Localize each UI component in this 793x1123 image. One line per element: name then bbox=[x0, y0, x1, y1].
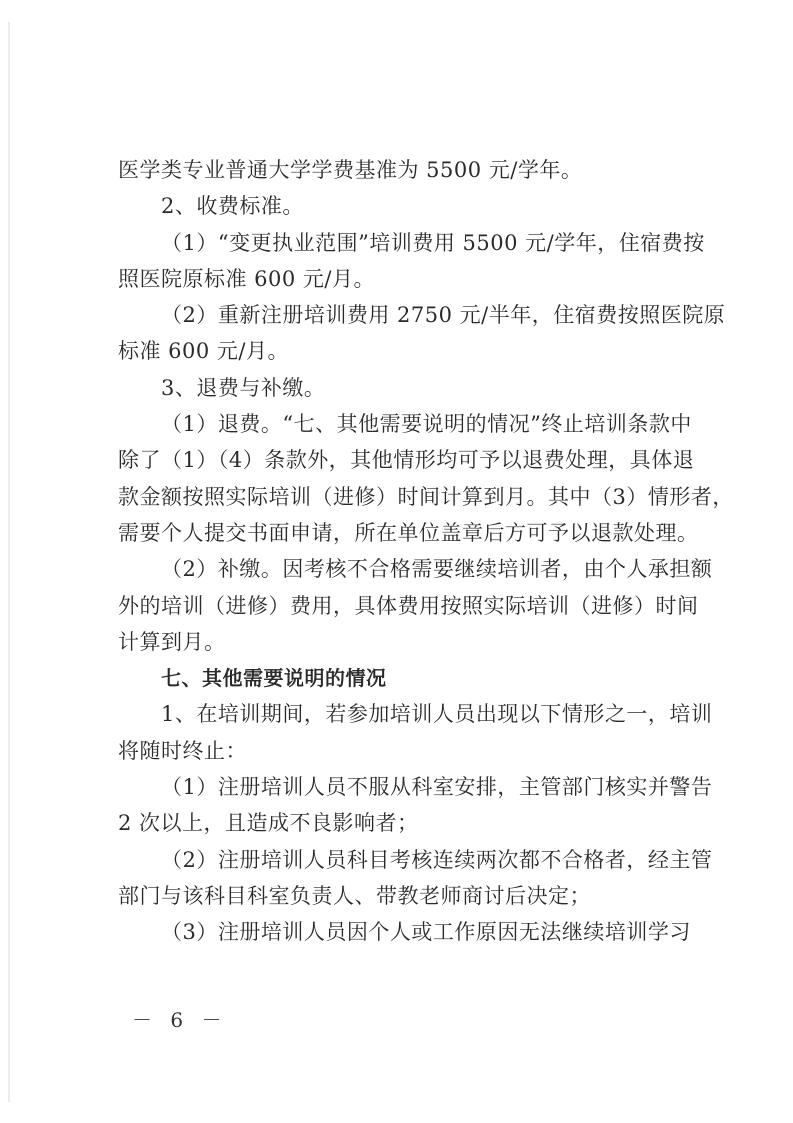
text-line: （3）注册培训人员因个人或工作原因无法继续培训学习 bbox=[118, 914, 692, 950]
text-line: （1）退费。“七、其他需要说明的情况”终止培训条款中 bbox=[118, 406, 692, 442]
text-line: 2 次以上，且造成不良影响者； bbox=[118, 805, 692, 841]
text-line: 除了（1）（4）条款外，其他情形均可予以退费处理，具体退 bbox=[118, 442, 692, 478]
text-line: （2）注册培训人员科目考核连续两次都不合格者，经主管 bbox=[118, 842, 692, 878]
scan-edge-line bbox=[8, 22, 10, 1102]
text-line: 款金额按照实际培训（进修）时间计算到月。其中（3）情形者， bbox=[118, 479, 692, 515]
text-line: 需要个人提交书面申请，所在单位盖章后方可予以退款处理。 bbox=[118, 515, 692, 551]
section-heading: 七、其他需要说明的情况 bbox=[118, 660, 692, 696]
text-line: 医学类专业普通大学学费基准为 5500 元/学年。 bbox=[118, 152, 692, 188]
text-line: 计算到月。 bbox=[118, 624, 692, 660]
text-line: （1）注册培训人员不服从科室安排，主管部门核实并警告 bbox=[118, 769, 692, 805]
page-number: － 6 － bbox=[132, 1004, 227, 1033]
text-line: （1）“变更执业范围”培训费用 5500 元/学年，住宿费按 bbox=[118, 225, 692, 261]
text-line: 照医院原标准 600 元/月。 bbox=[118, 261, 692, 297]
text-line: 外的培训（进修）费用，具体费用按照实际培训（进修）时间 bbox=[118, 588, 692, 624]
text-line: 标准 600 元/月。 bbox=[118, 333, 692, 369]
text-line: 1、在培训期间，若参加培训人员出现以下情形之一，培训 bbox=[118, 696, 692, 732]
document-body: 医学类专业普通大学学费基准为 5500 元/学年。 2、收费标准。 （1）“变更… bbox=[118, 152, 692, 951]
text-line: 将随时终止： bbox=[118, 733, 692, 769]
text-line: （2）重新注册培训费用 2750 元/半年，住宿费按照医院原 bbox=[118, 297, 692, 333]
text-line: 3、退费与补缴。 bbox=[118, 370, 692, 406]
text-line: （2）补缴。因考核不合格需要继续培训者，由个人承担额 bbox=[118, 551, 692, 587]
text-line: 2、收费标准。 bbox=[118, 188, 692, 224]
text-line: 部门与该科目科室负责人、带教老师商讨后决定； bbox=[118, 878, 692, 914]
